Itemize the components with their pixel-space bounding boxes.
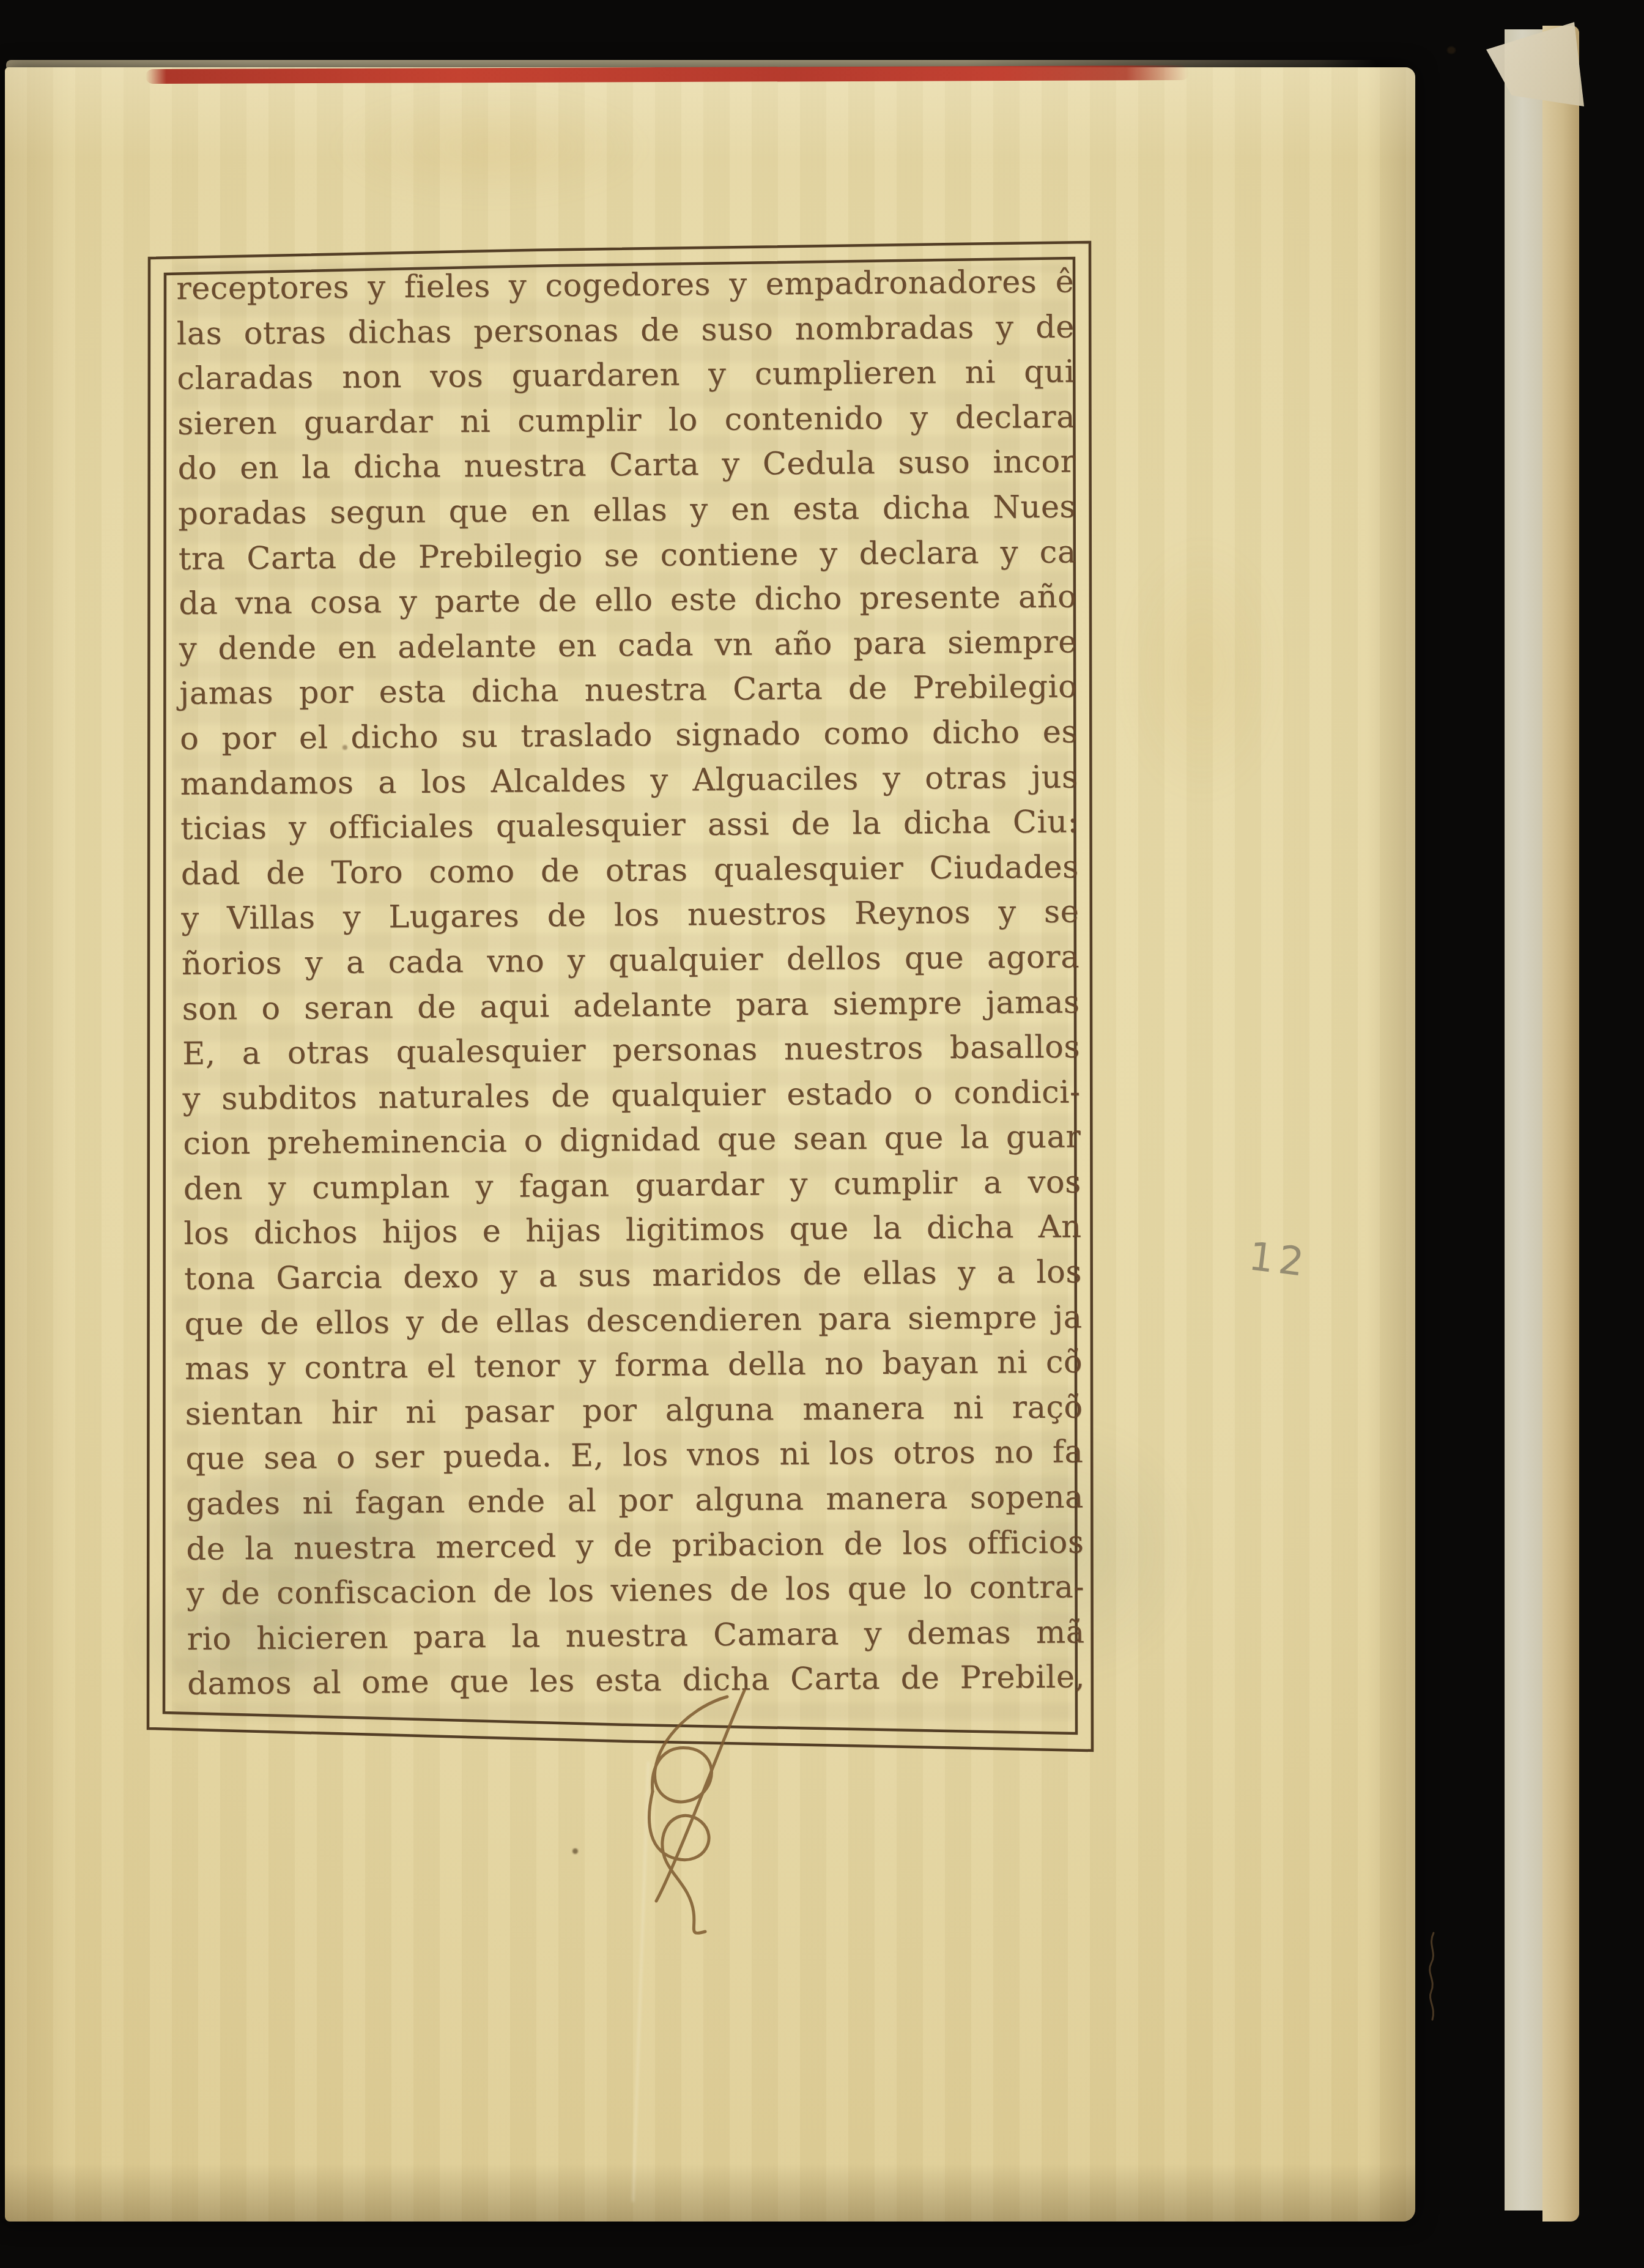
text-line: cion preheminencia o dignidad que sean q… [183, 1115, 1081, 1167]
stain [1119, 538, 1284, 801]
ruled-text-block: receptores y fieles y cogedores y empadr… [146, 240, 1095, 1757]
fore-edge-inscription [1409, 1928, 1452, 2026]
text-line: dad de Toro como de otras qualesquier Ci… [181, 845, 1079, 897]
text-line: den y cumplan y fagan guardar y cumplir … [183, 1160, 1082, 1212]
text-line: receptores y fieles y cogedores y empadr… [176, 259, 1075, 311]
text-line: que de ellos y de ellas descendieren par… [184, 1295, 1083, 1347]
text-line: y dende en adelante en cada vn año para … [179, 620, 1078, 672]
text-line: sientan hir ni pasar por alguna manera n… [185, 1385, 1083, 1437]
text-line: tona Garcia dexo y a sus maridos de ella… [184, 1250, 1083, 1302]
text-line: sieren guardar ni cumplir lo contenido y… [177, 395, 1076, 447]
stain [330, 92, 648, 202]
fore-edge-leaf-stack [1414, 34, 1506, 2202]
flyleaf-edge [1505, 29, 1544, 2211]
text-line: son o seran de aqui adelante para siempr… [182, 980, 1080, 1032]
text-line: do en la dicha nuestra Carta y Cedula su… [177, 440, 1076, 492]
ink-fleck [572, 1848, 578, 1854]
text-line: gades ni fagan ende al por alguna manera… [186, 1475, 1084, 1527]
book-photograph: receptores y fieles y cogedores y empadr… [0, 0, 1644, 2268]
text-line: y subditos naturales de qualquier estado… [182, 1070, 1081, 1122]
ink-fleck [1447, 46, 1456, 54]
text-line: mas y contra el tenor y forma della no b… [185, 1340, 1083, 1392]
text-line: claradas non vos guardaren y cumplieren … [177, 350, 1075, 402]
text-line: tra Carta de Prebilegio se contiene y de… [178, 530, 1076, 582]
text-line: que sea o ser pueda. E, los vnos ni los … [185, 1430, 1084, 1482]
parchment-cover-edge [1542, 26, 1579, 2222]
text-line: mandamos a los Alcaldes y Alguaciles y o… [180, 755, 1078, 807]
text-line: o por el dicho su traslado signado como … [180, 710, 1078, 762]
text-line: de la nuestra merced y de pribacion de l… [186, 1520, 1084, 1572]
scribal-flourish [602, 1677, 786, 1940]
text-line: y Villas y Lugares de los nuestros Reyno… [181, 890, 1079, 942]
text-line: los dichos hijos e hijas ligitimos que l… [183, 1205, 1082, 1257]
text-line: ñorios y a cada vno y qualquier dellos q… [182, 935, 1080, 987]
folio-number-pencil: 12 [1246, 1237, 1311, 1283]
text-line: las otras dichas personas de suso nombra… [177, 305, 1075, 357]
text-line: rio hicieren para la nuestra Camara y de… [187, 1610, 1085, 1662]
text-line: jamas por esta dicha nuestra Carta de Pr… [179, 665, 1078, 717]
text-line: ticias y officiales qualesquier assi de … [180, 800, 1079, 852]
text-line: E, a otras qualesquier personas nuestros… [182, 1025, 1081, 1077]
manuscript-text: receptores y fieles y cogedores y empadr… [176, 259, 1085, 1707]
text-line: y de confiscacion de los vienes de los q… [187, 1565, 1085, 1617]
text-line: da vna cosa y parte de ello este dicho p… [179, 575, 1077, 627]
text-line: poradas segun que en ellas y en esta dic… [178, 484, 1076, 536]
